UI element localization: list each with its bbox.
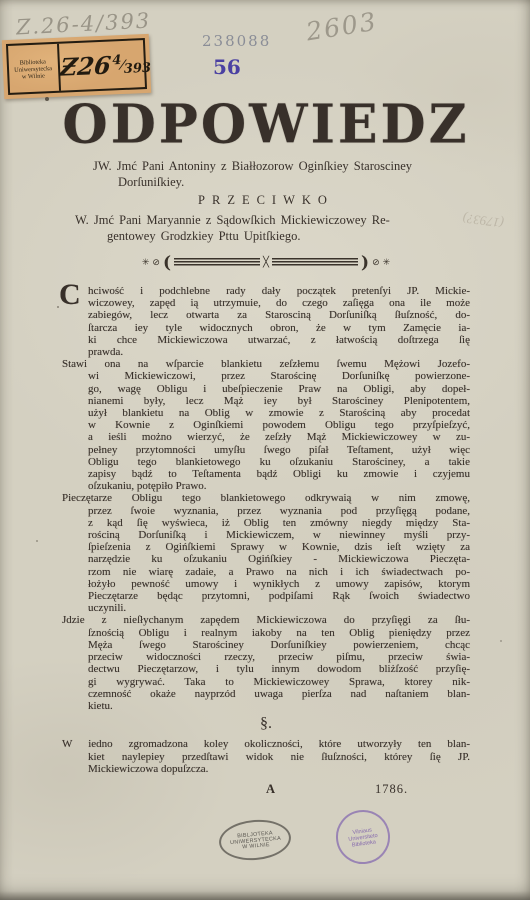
body-text: Chciwość i podchlebne rady dały początek… bbox=[62, 285, 470, 712]
label-shelfmark-base: Ƶ26 bbox=[58, 50, 112, 81]
body-line: gi wygrywać. Taka to Mickiewiczowey Spra… bbox=[88, 676, 470, 688]
body-line: Męża ſwego Starościney Dorſuniſkiey powi… bbox=[88, 639, 470, 651]
plaintiff-line-1: JW. Jmć Pani Antoniny z Białłozorow Ogin… bbox=[93, 159, 470, 175]
body-line: Stawi ona na wſparcie blankietu zeſzłemu… bbox=[62, 358, 470, 370]
body-line: Mickiewiczowa dopuſzcza. bbox=[88, 763, 470, 775]
section-mark: §. bbox=[62, 715, 470, 733]
signature-letter: A bbox=[266, 782, 275, 797]
defendant-line-2: gentowey Grodzkiey Pttu Upitſkiego. bbox=[107, 229, 470, 245]
defendant-line-1: W. Jmć Pani Maryannie z Sądowſkich Micki… bbox=[75, 213, 470, 229]
body-line: hciwość i podchlebne rady dały początek … bbox=[88, 285, 470, 297]
body-line: Pieczętarze Obligu tego blankietowego od… bbox=[62, 492, 470, 504]
body-line: rościną Dorſuniſką i Mickiewiczem, w nie… bbox=[88, 529, 470, 541]
body-line: łożyło pewność umowy i wynikłych z umowy… bbox=[88, 578, 470, 590]
body-line: w Kownie z Oginſkiemi powodem Obligu teg… bbox=[88, 419, 470, 431]
body-line: go, wagę Obligu i ubeſpieczenie Praw na … bbox=[88, 383, 470, 395]
body-line: nianemi były, lecz Mąż iey był Starościn… bbox=[88, 395, 470, 407]
ornament-paren: ( bbox=[163, 256, 171, 270]
document-title: ODPOWIEDZ bbox=[62, 97, 470, 152]
ornament-cross-icon: ╳ bbox=[263, 257, 269, 268]
body-line: W iedno zgromadzona koley okoliczności, … bbox=[62, 738, 470, 750]
label-frame: Biblioteka Uniwersytecka w Wilnie Ƶ26 4⁄… bbox=[6, 38, 147, 95]
ornament-paren: ) bbox=[361, 256, 369, 270]
body-line: Obligu tego blankietowego ku oſzukaniu S… bbox=[88, 456, 470, 468]
round-library-stamp: Vilniaus Universiteto Biblioteka bbox=[333, 807, 394, 868]
body-line: przez ſwoie wyznania, przez wyznania pod… bbox=[88, 505, 470, 517]
ornament-rule bbox=[174, 258, 260, 267]
body-line: prawda. bbox=[88, 346, 470, 358]
label-shelfmark-fraction: 4⁄393 bbox=[112, 51, 151, 77]
ornament-star-icon: ✳ bbox=[142, 258, 150, 268]
body-line: rzom nie wiarę zadaie, a Prawo na nich i… bbox=[88, 566, 470, 578]
accession-number-stamp: 238088 bbox=[202, 32, 271, 50]
paragraph: Chciwość i podchlebne rady dały początek… bbox=[62, 285, 470, 358]
paragraph: Pieczętarze Obligu tego blankietowego od… bbox=[62, 492, 470, 614]
plaintiff-line-2: Dorſuniſkiey. bbox=[118, 175, 470, 191]
body-line: kiet naylepiey przedſtawi widok nie ſłuſ… bbox=[88, 751, 470, 763]
versus-label: PRZECIWKO bbox=[62, 193, 470, 208]
body-line: użył blankietu na Oblig w zmowie z Staro… bbox=[88, 407, 470, 419]
closing-paragraph: W iedno zgromadzona koley okoliczności, … bbox=[62, 738, 470, 775]
ornament-star-icon: ✳ bbox=[383, 258, 391, 268]
body-line: a ieśli możno wierzyć, że zeſzły Mąż Mic… bbox=[88, 431, 470, 443]
signature-row: A 1786. bbox=[62, 782, 470, 798]
body-line: zapisy bądź to Teſtamenta bądź Obligi ku… bbox=[88, 468, 470, 480]
paper-speck bbox=[57, 306, 59, 308]
body-line: Pieczętarze będąc przytomni, podpiſami R… bbox=[88, 590, 470, 602]
body-line: ſpieſzenia z Ogińſkiemi Sprawy w Kownie,… bbox=[88, 541, 470, 553]
pencil-accession-number: 2603 bbox=[304, 7, 379, 47]
document-content: ODPOWIEDZ JW. Jmć Pani Antoniny z Białło… bbox=[62, 98, 470, 798]
body-line: narzędzie ku oſzukaniu Ogińſkiey - Micki… bbox=[88, 553, 470, 565]
body-line: ſznością Obligu i realnym iakoby na ten … bbox=[88, 627, 470, 639]
label-shelfmark: Ƶ26 4⁄393 bbox=[59, 40, 152, 91]
body-line: ſtarcza iey tyle widocznych obron, że w … bbox=[88, 322, 470, 334]
body-line: oſzukaniu, potępiło Prawo. bbox=[88, 480, 470, 492]
scanned-page: Z.26-4/393 Biblioteka Uniwersytecka w Wi… bbox=[0, 0, 530, 900]
defendant-block: W. Jmć Pani Maryannie z Sądowſkich Micki… bbox=[62, 213, 470, 244]
body-line: kietu. bbox=[88, 700, 470, 712]
body-line: Jdzie z nieſłychanym zapędem Mickiewiczo… bbox=[62, 614, 470, 626]
page-number-blue: 56 bbox=[213, 55, 241, 79]
body-line: wiczowey, zapęd ią utrzymuie, do czego z… bbox=[88, 297, 470, 309]
body-line: ki chce Mickiewiczowa utwarzać, z łatwoś… bbox=[88, 334, 470, 346]
divider-ornament: ✳ ⊘ ( ╳ ) ⊘ ✳ bbox=[62, 255, 470, 270]
body-line: dectwu Pieczętarzow, i tylu innym dowodo… bbox=[88, 663, 470, 675]
paper-speck bbox=[500, 640, 502, 642]
plaintiff-block: JW. Jmć Pani Antoniny z Białłozorow Ogin… bbox=[62, 159, 470, 190]
body-line: pełney przytomności umyſłu ſwego piſał T… bbox=[88, 444, 470, 456]
scan-bottom-edge bbox=[0, 891, 530, 900]
paragraph: Jdzie z nieſłychanym zapędem Mickiewiczo… bbox=[62, 614, 470, 712]
paragraph: Stawi ona na wſparcie blankietu zeſzłemu… bbox=[62, 358, 470, 492]
ornament-circle-icon: ⊘ bbox=[152, 258, 160, 268]
library-label: Biblioteka Uniwersytecka w Wilnie Ƶ26 4⁄… bbox=[2, 34, 151, 99]
oval-library-stamp: BIBLJOTEKA UNIWERSYTECKA W WILNIE bbox=[217, 817, 292, 863]
paper-speck bbox=[36, 540, 38, 542]
paper-speck bbox=[45, 97, 49, 101]
signature-year: 1786. bbox=[375, 782, 408, 797]
body-line: uczynili. bbox=[88, 602, 470, 614]
body-line: wi Mickiewiczowi, przez Starościnę Dorſu… bbox=[88, 370, 470, 382]
label-library-name: Biblioteka Uniwersytecka w Wilnie bbox=[8, 44, 61, 93]
drop-cap: C bbox=[59, 281, 81, 309]
body-line: z kąd ſię wyświeca, iż Oblig ten zmówny … bbox=[88, 517, 470, 529]
body-line: czemność okaże nayprzód uwaga pierſza na… bbox=[88, 688, 470, 700]
body-line: przeciw widoczności rzeczy, przeciw piſm… bbox=[88, 651, 470, 663]
body-line: zabiegów, lecz otwarta za Starosciną Dor… bbox=[88, 309, 470, 321]
paragraph: W iedno zgromadzona koley okoliczności, … bbox=[62, 738, 470, 775]
ornament-rule bbox=[272, 258, 358, 267]
ornament-circle-icon: ⊘ bbox=[372, 258, 380, 268]
